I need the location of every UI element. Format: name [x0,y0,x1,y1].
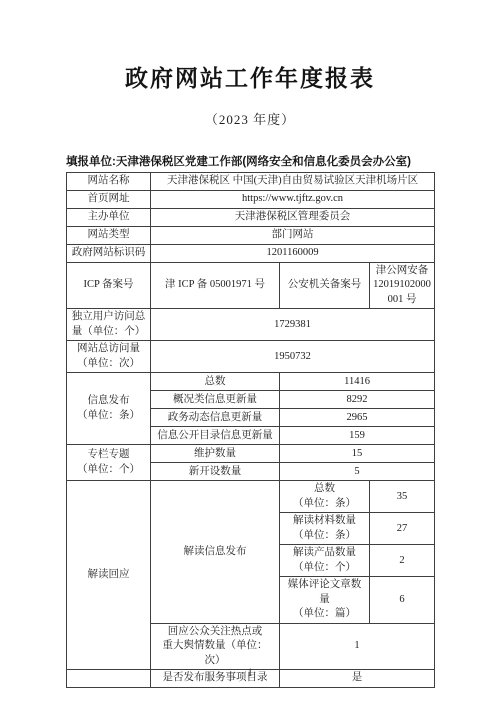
police-filing-value: 津公网安备 12019102000 001 号 [370,263,435,309]
unique-visitors-label: 独立用户访问总 量（单位：个） [67,309,151,341]
special-columns-maintained-label: 维护数量 [151,445,280,463]
interpretation-total-value: 35 [370,481,435,513]
special-columns-new-label: 新开设数量 [151,463,280,481]
icp-filing-label: ICP 备案号 [67,263,151,309]
row-unique-visitors: 独立用户访问总 量（单位：个） 1729381 [67,309,435,341]
row-site-name: 网站名称 天津港保税区 中国(天津)自由贸易试验区天津机场片区 [67,173,435,191]
sponsor-value: 天津港保税区管理委员会 [151,209,435,227]
interpretation-publish-label: 解读信息发布 [151,481,280,623]
info-publish-dynamics-value: 2965 [280,409,435,427]
report-page: 政府网站工作年度报表 （2023 年度） 填报单位:天津港保税区党建工作部(网络… [0,60,500,688]
row-site-code: 政府网站标识码 1201160009 [67,245,435,263]
site-code-label: 政府网站标识码 [67,245,151,263]
interpretation-products-label: 解读产品数量 （单位：个） [280,545,370,577]
interpretation-materials-value: 27 [370,513,435,545]
row-total-visits: 网站总访问量 （单位：次） 1950732 [67,341,435,373]
interpretation-media-value: 6 [370,577,435,623]
interpretation-media-label: 媒体评论文章数量 （单位：篇） [280,577,370,623]
site-type-label: 网站类型 [67,227,151,245]
annual-report-table: 网站名称 天津港保税区 中国(天津)自由贸易试验区天津机场片区 首页网址 htt… [66,172,435,688]
page-number: 1 [0,665,500,680]
report-title: 政府网站工作年度报表 [66,60,434,93]
special-columns-new-value: 5 [280,463,435,481]
interpretation-section-label: 解读回应 [67,481,151,670]
interpretation-products-value: 2 [370,545,435,577]
special-columns-section-label: 专栏专题 （单位：个） [67,445,151,481]
site-type-value: 部门网站 [151,227,435,245]
site-code-value: 1201160009 [151,245,435,263]
total-visits-value: 1950732 [151,341,435,373]
site-name-label: 网站名称 [67,173,151,191]
police-filing-label: 公安机关备案号 [280,263,370,309]
info-publish-overview-value: 8292 [280,391,435,409]
special-columns-maintained-value: 15 [280,445,435,463]
row-icp-filing: ICP 备案号 津 ICP 备 05001971 号 公安机关备案号 津公网安备… [67,263,435,309]
site-name-value: 天津港保税区 中国(天津)自由贸易试验区天津机场片区 [151,173,435,191]
homepage-url-label: 首页网址 [67,191,151,209]
unique-visitors-value: 1729381 [151,309,435,341]
info-publish-section-label: 信息发布 （单位：条） [67,373,151,445]
homepage-url-value: https://www.tjftz.gov.cn [151,191,435,209]
interpretation-total-label: 总数 （单位：条） [280,481,370,513]
row-sponsor: 主办单位 天津港保税区管理委员会 [67,209,435,227]
info-publish-overview-label: 概况类信息更新量 [151,391,280,409]
row-homepage-url: 首页网址 https://www.tjftz.gov.cn [67,191,435,209]
info-publish-directory-label: 信息公开目录信息更新量 [151,427,280,445]
icp-filing-value: 津 ICP 备 05001971 号 [151,263,280,309]
row-site-type: 网站类型 部门网站 [67,227,435,245]
row-interpretation-total: 解读回应 解读信息发布 总数 （单位：条） 35 [67,481,435,513]
info-publish-total-label: 总数 [151,373,280,391]
reporting-unit-line: 填报单位:天津港保税区党建工作部(网络安全和信息化委员会办公室) [66,153,434,169]
row-special-columns-maintained: 专栏专题 （单位：个） 维护数量 15 [67,445,435,463]
total-visits-label: 网站总访问量 （单位：次） [67,341,151,373]
sponsor-label: 主办单位 [67,209,151,227]
hot-response-value: 1 [280,623,435,669]
info-publish-dynamics-label: 政务动态信息更新量 [151,409,280,427]
info-publish-total-value: 11416 [280,373,435,391]
report-year-subtitle: （2023 年度） [66,109,434,128]
row-info-publish-total: 信息发布 （单位：条） 总数 11416 [67,373,435,391]
interpretation-materials-label: 解读材料数量 （单位：条） [280,513,370,545]
info-publish-directory-value: 159 [280,427,435,445]
hot-response-label: 回应公众关注热点或 重大舆情数量（单位： 次） [151,623,280,669]
